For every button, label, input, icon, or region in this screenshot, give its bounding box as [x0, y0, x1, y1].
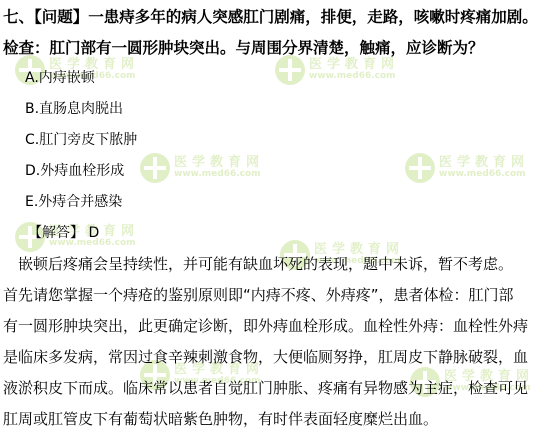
option-a: A.内痔嵌顿 — [25, 67, 95, 87]
answer-value: D — [88, 225, 99, 241]
option-c: C.肛门旁皮下脓肿 — [25, 129, 137, 149]
watermark-logo-icon — [140, 153, 170, 183]
watermark: 医学教育网www.med66.com — [275, 55, 399, 85]
watermark: 医学教育网www.med66.com — [140, 153, 264, 183]
question-line-2: 检查：肛门部有一圆形肿块突出。与周围分界清楚，触痛，应诊断为？ — [3, 36, 484, 58]
explanation-line: 嵌顿后疼痛会呈持续性，并可能有缺血坏死的表现，题中未诉，暂不考虑。 — [3, 253, 513, 274]
option-e: E.外痔合并感染 — [25, 191, 122, 211]
explanation-line: 肛周或肛管皮下有葡萄状暗紫色肿物，有时伴表面轻度糜烂出血。 — [3, 408, 438, 429]
option-b: B.直肠息肉脱出 — [25, 98, 123, 118]
explanation-line: 有一圆形肿块突出，此更确定诊断，即外痔血栓形成。血栓性外痔：血栓性外痔 — [3, 315, 528, 336]
watermark-logo-icon — [275, 55, 305, 85]
question-line-1: 七、【问题】一患痔多年的病人突感肛门剧痛，排便，走路，咳嗽时疼痛加剧。 — [3, 5, 538, 27]
explanation-line: 是临床多发病，常因过食辛辣刺激食物，大便临厕努挣，肛周皮下静脉破裂，血 — [3, 346, 528, 367]
explanation-line: 液淤积皮下而成。临床常以患者自觉肛门肿胀、疼痛有异物感为主症，检查可见 — [3, 377, 528, 398]
watermark-logo-icon — [405, 153, 435, 183]
option-d: D.外痔血栓形成 — [25, 160, 124, 180]
answer-label: 【解答】 — [28, 225, 84, 241]
explanation-line: 首先请您掌握一个痔疮的鉴别原则即“内痔不疼、外痔疼”，患者体检：肛门部 — [3, 284, 514, 305]
answer: 【解答】 D — [28, 222, 99, 242]
watermark: 医学教育网www.med66.com — [405, 153, 529, 183]
